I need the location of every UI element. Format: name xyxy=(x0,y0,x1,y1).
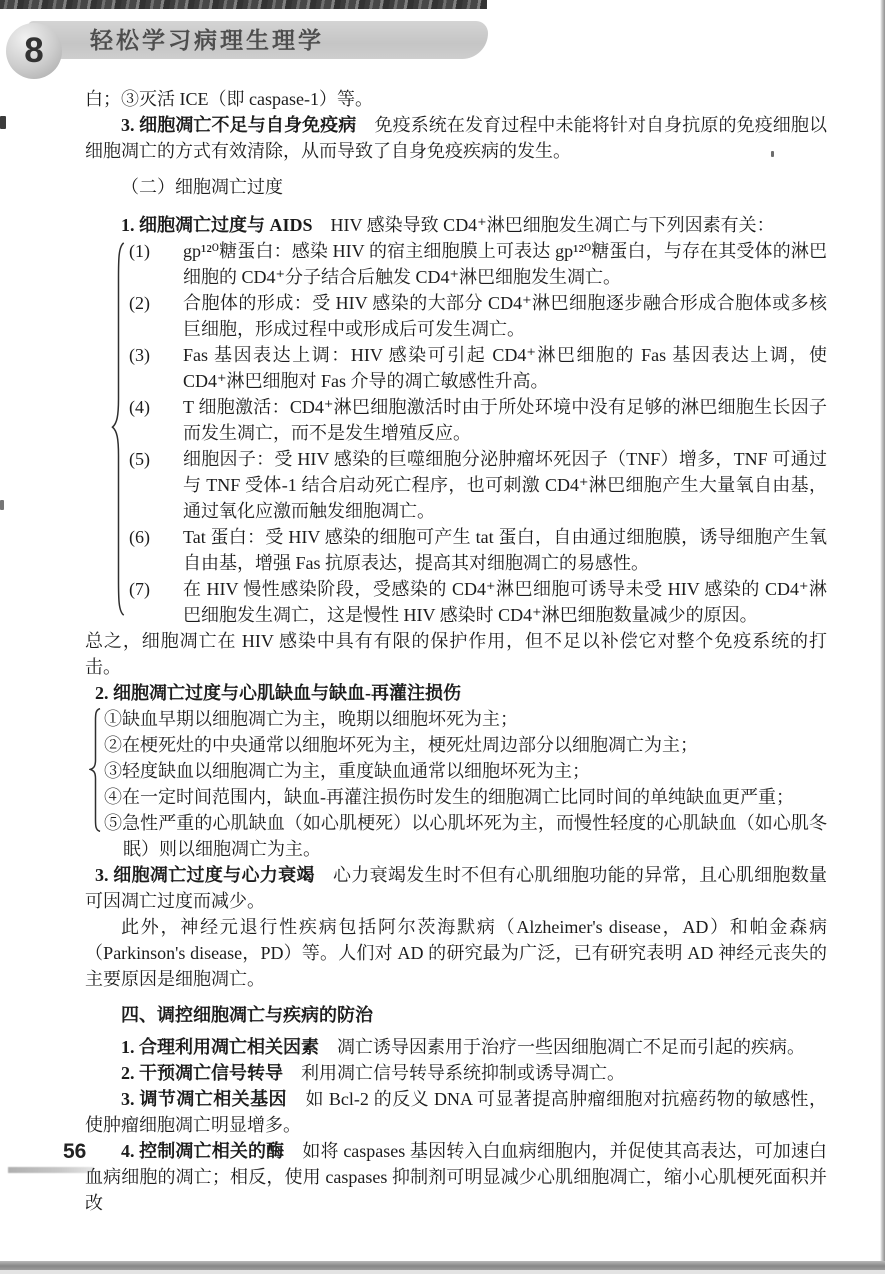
paragraph-aids: 1. 细胞凋亡过度与 AIDS HIV 感染导致 CD4⁺淋巴细胞发生凋亡与下列… xyxy=(85,212,827,238)
page-right-edge-shadow xyxy=(880,0,885,1274)
section-heading-2: （二）细胞凋亡过度 xyxy=(85,174,827,200)
run-in-heading: 4. 控制凋亡相关的酶 xyxy=(121,1141,284,1161)
paragraph-prevention-1: 1. 合理利用凋亡相关因素 凋亡诱导因素用于治疗一些因细胞凋亡不足而引起的疾病。 xyxy=(85,1034,827,1060)
paragraph-prevention-2: 2. 干预凋亡信号转导 利用凋亡信号转导系统抑制或诱导凋亡。 xyxy=(85,1060,827,1086)
item-marker: (6) xyxy=(129,524,150,550)
left-curly-brace-icon xyxy=(111,241,126,617)
list-item: (7)在 HIV 慢性感染阶段，受感染的 CD4⁺淋巴细胞可诱导未受 HIV 感… xyxy=(183,576,827,628)
run-in-heading: 3. 细胞凋亡不足与自身免疫病 xyxy=(121,115,356,135)
list-item: (4)T 细胞激活：CD4⁺淋巴细胞激活时由于所处环境中没有足够的淋巴细胞生长因… xyxy=(183,394,827,446)
list-item: ①缺血早期以细胞凋亡为主，晚期以细胞坏死为主； xyxy=(85,706,827,732)
page-body: 白；③灭活 ICE（即 caspase-1）等。 3. 细胞凋亡不足与自身免疫病… xyxy=(85,86,827,1216)
item-marker: (2) xyxy=(129,290,150,316)
item-marker: (7) xyxy=(129,576,150,602)
aids-factors-list: (1)gp¹²⁰糖蛋白：感染 HIV 的宿主细胞膜上可表达 gp¹²⁰糖蛋白，与… xyxy=(85,238,827,628)
ischemia-list: ①缺血早期以细胞凋亡为主，晚期以细胞坏死为主； ②在梗死灶的中央通常以细胞坏死为… xyxy=(85,706,827,862)
paragraph-heart-failure: 3. 细胞凋亡过度与心力衰竭 心力衰竭发生时不但有心肌细胞功能的异常，且心肌细胞… xyxy=(85,862,827,914)
section-heading-4: 四、调控细胞凋亡与疾病的防治 xyxy=(85,1002,827,1028)
item-text: Fas 基因表达上调：HIV 感染可引起 CD4⁺淋巴细胞的 Fas 基因表达上… xyxy=(183,345,827,391)
chapter-number-badge: 8 xyxy=(6,23,62,79)
list-item: ⑤急性严重的心肌缺血（如心肌梗死）以心肌坏死为主，而慢性轻度的心肌缺血（如心肌冬… xyxy=(85,810,827,862)
item-text: 细胞因子：受 HIV 感染的巨噬细胞分泌肿瘤坏死因子（TNF）增多，TNF 可通… xyxy=(183,449,827,521)
paragraph-text: 凋亡诱导因素用于治疗一些因细胞凋亡不足而引起的疾病。 xyxy=(319,1037,805,1057)
list-item: (2)合胞体的形成：受 HIV 感染的大部分 CD4⁺淋巴细胞逐步融合形成合胞体… xyxy=(183,290,827,342)
page-number: 56 xyxy=(63,1140,86,1164)
scan-speck xyxy=(0,500,4,510)
list-item: (1)gp¹²⁰糖蛋白：感染 HIV 的宿主细胞膜上可表达 gp¹²⁰糖蛋白，与… xyxy=(183,238,827,290)
run-in-heading: 1. 合理利用凋亡相关因素 xyxy=(121,1037,319,1057)
ischemia-heading: 2. 细胞凋亡过度与心肌缺血与缺血-再灌注损伤 xyxy=(85,680,827,706)
item-marker: (3) xyxy=(129,342,150,368)
run-in-heading: 1. 细胞凋亡过度与 AIDS xyxy=(121,215,313,235)
item-text: 合胞体的形成：受 HIV 感染的大部分 CD4⁺淋巴细胞逐步融合形成合胞体或多核… xyxy=(183,293,827,339)
chapter-header-banner: 轻松学习病理生理学 xyxy=(28,21,488,59)
item-marker: (4) xyxy=(129,394,150,420)
paragraph-neurodegeneration: 此外，神经元退行性疾病包括阿尔茨海默病（Alzheimer's disease，… xyxy=(85,914,827,992)
item-text: gp¹²⁰糖蛋白：感染 HIV 的宿主细胞膜上可表达 gp¹²⁰糖蛋白，与存在其… xyxy=(183,241,827,287)
run-in-heading: 2. 干预凋亡信号转导 xyxy=(121,1063,283,1083)
paragraph-text: 利用凋亡信号转导系统抑制或诱导凋亡。 xyxy=(283,1063,625,1083)
paragraph-prevention-3: 3. 调节凋亡相关基因 如 Bcl-2 的反义 DNA 可显著提高肿瘤细胞对抗癌… xyxy=(85,1086,827,1138)
item-marker: (5) xyxy=(129,446,150,472)
page-bottom-margin xyxy=(0,1270,885,1274)
list-item: (3)Fas 基因表达上调：HIV 感染可引起 CD4⁺淋巴细胞的 Fas 基因… xyxy=(183,342,827,394)
run-in-heading: 3. 调节凋亡相关基因 xyxy=(121,1089,287,1109)
item-marker: (1) xyxy=(129,238,150,264)
item-text: Tat 蛋白：受 HIV 感染的细胞可产生 tat 蛋白，自由通过细胞膜，诱导细… xyxy=(183,527,827,573)
paragraph-summary: 总之，细胞凋亡在 HIV 感染中具有有限的保护作用，但不足以补偿它对整个免疫系统… xyxy=(85,628,827,680)
list-item: ②在梗死灶的中央通常以细胞坏死为主，梗死灶周边部分以细胞凋亡为主； xyxy=(85,732,827,758)
item-text: T 细胞激活：CD4⁺淋巴细胞激活时由于所处环境中没有足够的淋巴细胞生长因子而发… xyxy=(183,397,827,443)
list-item: (6)Tat 蛋白：受 HIV 感染的细胞可产生 tat 蛋白，自由通过细胞膜，… xyxy=(183,524,827,576)
page-bottom-edge-shadow xyxy=(0,1261,885,1270)
list-item: (5)细胞因子：受 HIV 感染的巨噬细胞分泌肿瘤坏死因子（TNF）增多，TNF… xyxy=(183,446,827,524)
scan-smudge xyxy=(8,1167,94,1173)
list-item: ③轻度缺血以细胞凋亡为主，重度缺血通常以细胞坏死为主； xyxy=(85,758,827,784)
paragraph-continuation-intro: 白；③灭活 ICE（即 caspase-1）等。 xyxy=(85,86,827,112)
item-text: 在 HIV 慢性感染阶段，受感染的 CD4⁺淋巴细胞可诱导未受 HIV 感染的 … xyxy=(183,579,827,625)
paragraph-prevention-4: 4. 控制凋亡相关的酶 如将 caspases 基因转入白血病细胞内，并促使其高… xyxy=(85,1138,827,1216)
book-title: 轻松学习病理生理学 xyxy=(90,21,324,59)
run-in-heading: 3. 细胞凋亡过度与心力衰竭 xyxy=(95,865,315,885)
scanned-book-page: 轻松学习病理生理学 8 白；③灭活 ICE（即 caspase-1）等。 3. … xyxy=(0,0,885,1274)
paragraph-text: HIV 感染导致 CD4⁺淋巴细胞发生凋亡与下列因素有关： xyxy=(313,215,775,235)
list-item: ④在一定时间范围内，缺血-再灌注损伤时发生的细胞凋亡比同时间的单纯缺血更严重； xyxy=(85,784,827,810)
scan-speck xyxy=(0,116,6,129)
left-curly-brace-icon xyxy=(89,708,102,832)
page-top-edge-shadow xyxy=(0,0,487,9)
paragraph-autoimmune: 3. 细胞凋亡不足与自身免疫病 免疫系统在发育过程中未能将针对自身抗原的免疫细胞… xyxy=(85,112,827,164)
